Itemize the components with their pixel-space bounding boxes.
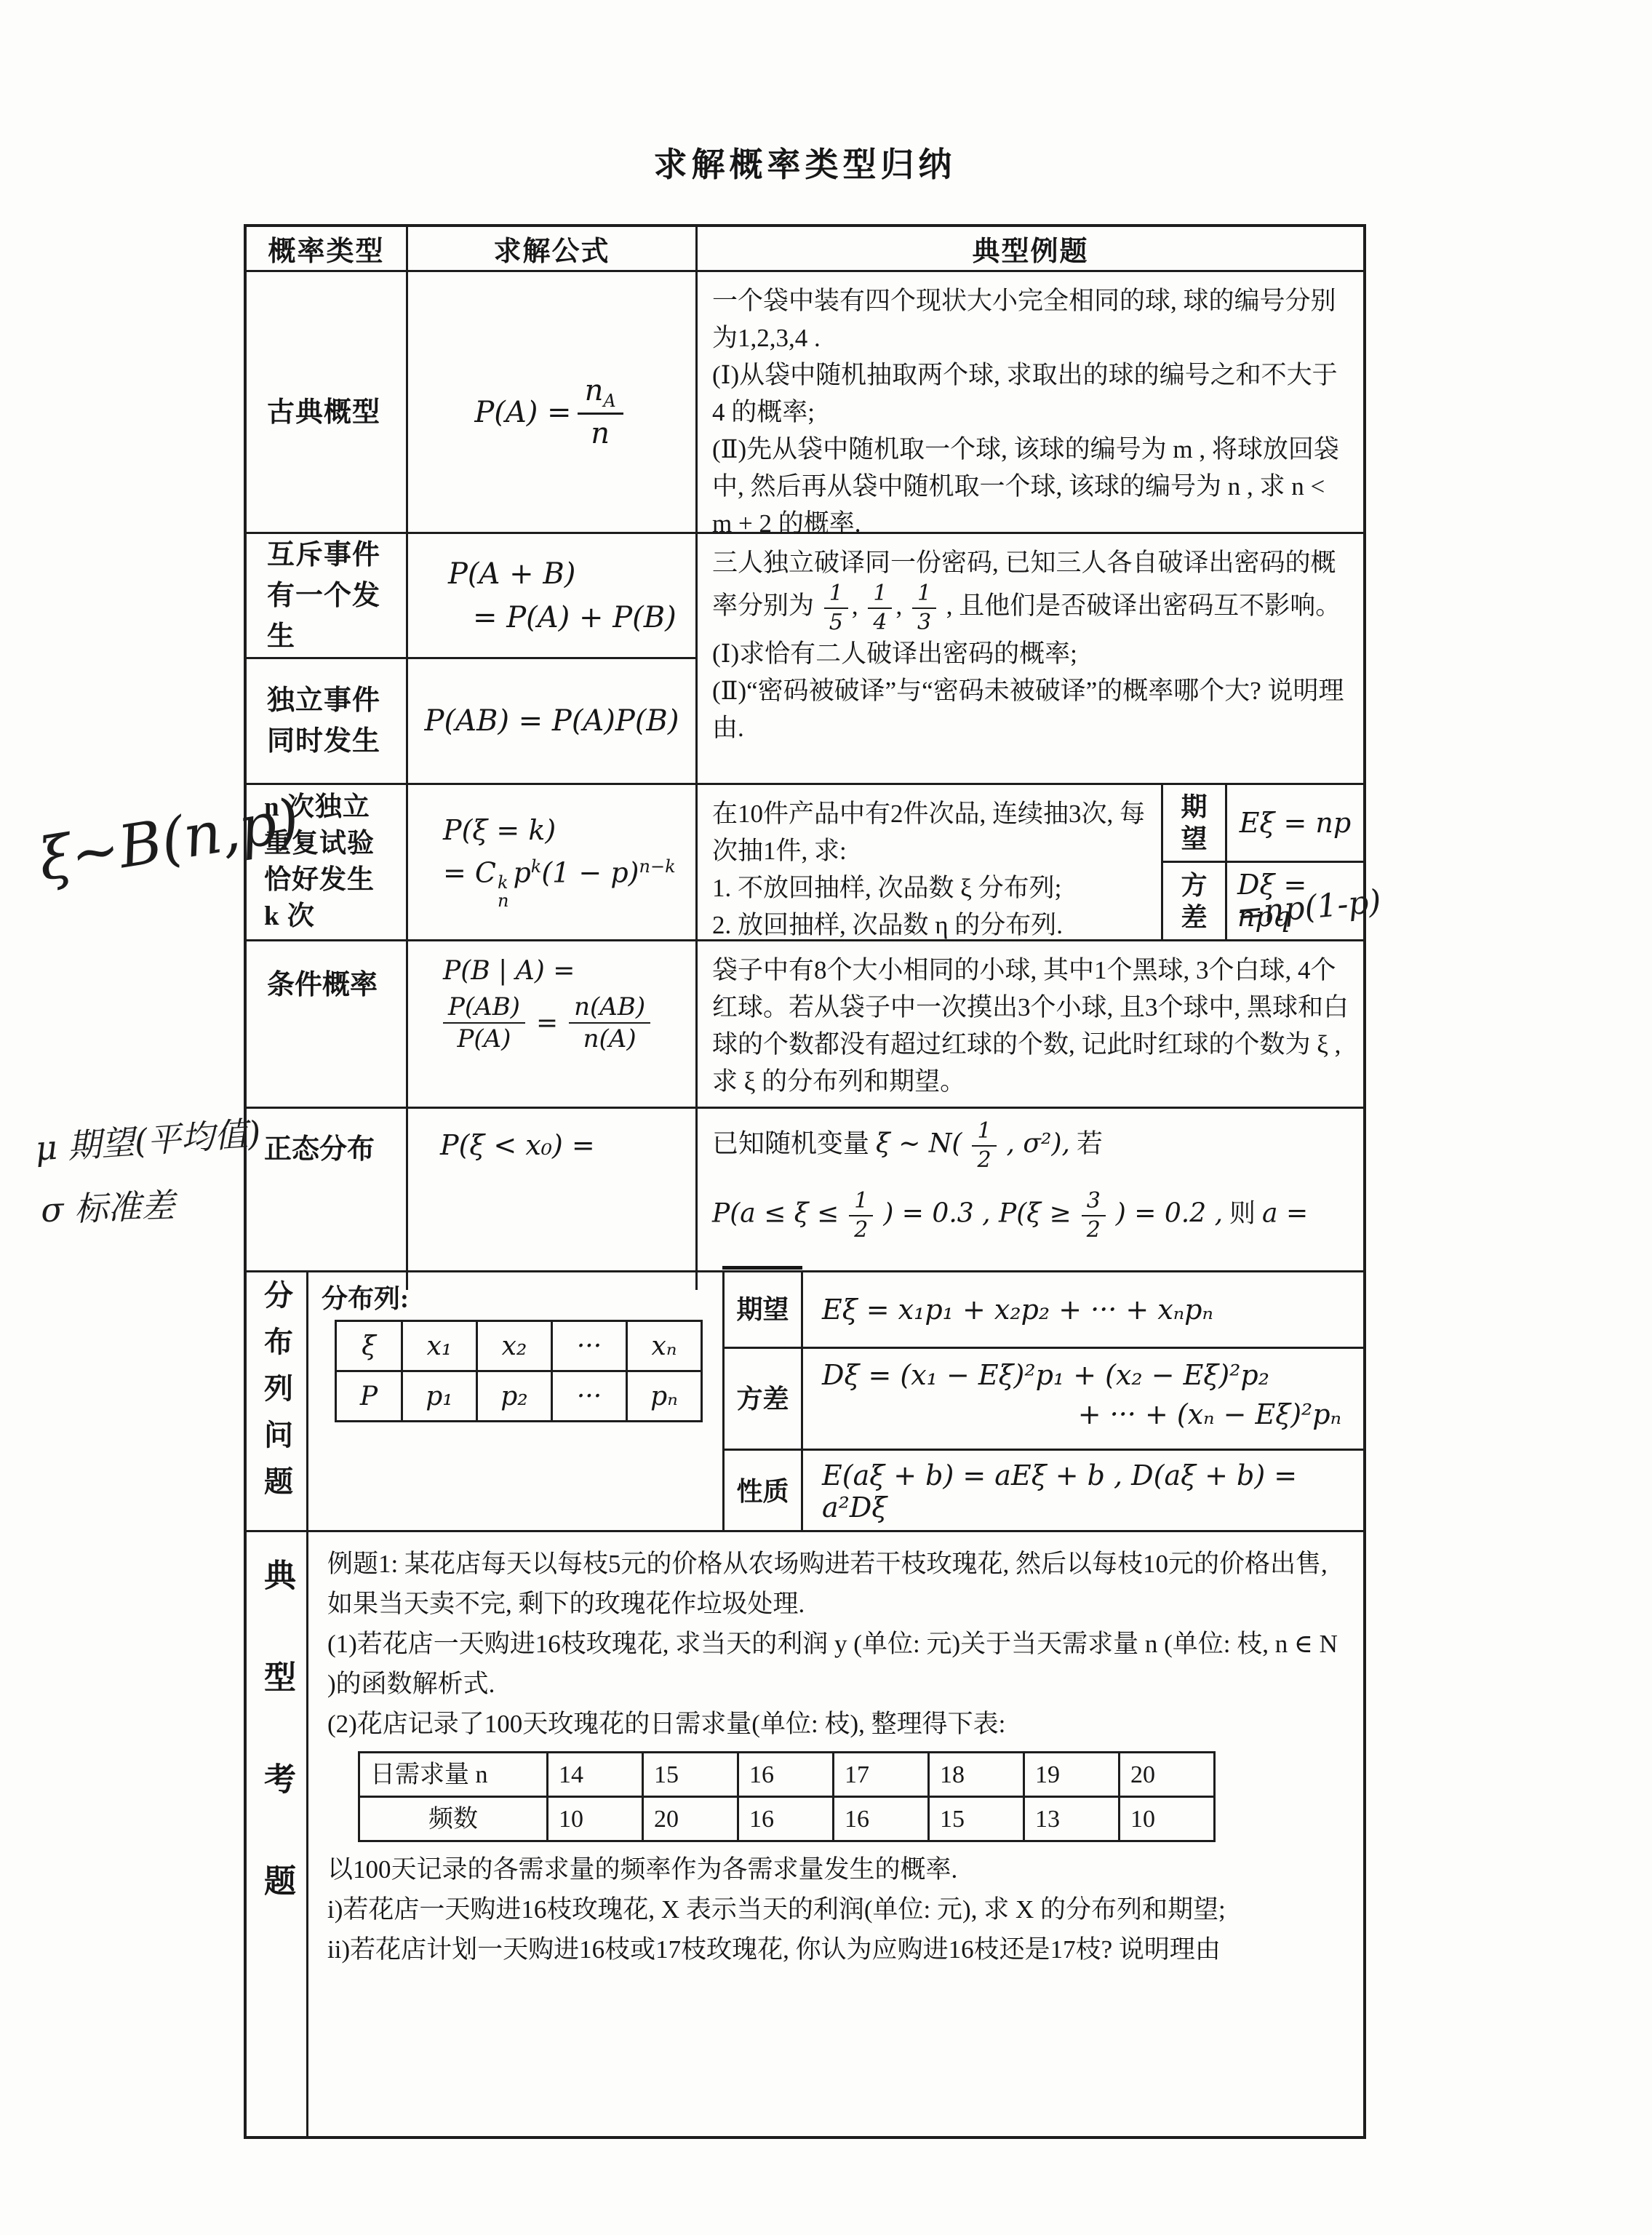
fraction: P(AB)P(A) <box>443 993 525 1053</box>
formula-expectation: Eξ = x₁p₁ + x₂p₂ + ··· + xₙpₙ <box>803 1272 1363 1349</box>
table-row: 日需求量 n 14 15 16 17 18 19 20 <box>359 1753 1215 1797</box>
row-distribution: 分布列问题 分布列: ξ x₁ x₂ ··· xₙ P p₁ p₂ <box>247 1272 1363 1532</box>
example-classical: 一个袋中装有四个现状大小完全相同的球, 球的编号分别为1,2,3,4 . (Ⅰ)… <box>698 272 1363 552</box>
binom-coefficient-indices: kn <box>498 874 508 910</box>
label-properties: 性质 <box>725 1451 803 1532</box>
example-defectives: 在10件产品中有2件次品, 连续抽3次, 每次抽1件, 求: 1. 不放回抽样,… <box>698 785 1163 939</box>
label-variance: 方差 <box>1163 863 1227 939</box>
row-binomial: n 次独立重复试验恰好发生 k 次 P(ξ = k) = Cknpk(1 − p… <box>247 785 1363 941</box>
handwriting-mu-note: μ 期望(平均值) <box>33 1107 262 1170</box>
type-mutually-exclusive: 互斥事件有一个发生 <box>247 534 408 659</box>
page-title: 求解概率类型归纳 <box>244 138 1366 186</box>
formula-expectation-np: Eξ = np <box>1227 785 1363 863</box>
formula-independent: P(AB) = P(A)P(B) <box>408 659 698 783</box>
label-variance: 方差 <box>725 1349 803 1451</box>
distribution-mini-table: ξ x₁ x₂ ··· xₙ P p₁ p₂ ··· pₙ <box>335 1320 703 1422</box>
formula-binomial: P(ξ = k) = Cknpk(1 − p)n−k <box>408 785 698 939</box>
formula-conditional: P(B | A) = P(AB)P(A) = n(AB)n(A) <box>408 941 698 1110</box>
distribution-table-cell: 分布列: ξ x₁ x₂ ··· xₙ P p₁ p₂ ··· pₙ <box>308 1272 725 1532</box>
table-row: 频数 10 20 16 16 15 13 10 <box>359 1797 1215 1841</box>
type-independent: 独立事件同时发生 <box>247 659 408 783</box>
row-conditional: 条件概率 P(B | A) = P(AB)P(A) = n(AB)n(A) 袋子… <box>247 941 1363 1109</box>
example-codebreakers: 三人独立破译同一份密码, 已知三人各自破译出密码的概率分别为 15, 14, 1… <box>698 534 1363 783</box>
formula-properties: E(aξ + b) = aEξ + b , D(aξ + b) = a²Dξ <box>803 1451 1363 1532</box>
demand-table: 日需求量 n 14 15 16 17 18 19 20 频数 10 20 16 <box>358 1751 1216 1842</box>
example-balls-bag: 袋子中有8个大小相同的小球, 其中1个黑球, 3个白球, 4个红球。若从袋子中一… <box>698 941 1363 1110</box>
table-header-row: 概率类型 求解公式 典型例题 <box>247 227 1363 272</box>
fraction: n(AB)n(A) <box>569 993 650 1053</box>
rows-exclusive-independent: 互斥事件有一个发生 P(A + B) = P(A) + P(B) 三人独立破译同… <box>247 534 1363 785</box>
probability-summary-table: 概率类型 求解公式 典型例题 古典概型 P(A) = nA n 一个袋中装有四个… <box>244 224 1366 2139</box>
header-probability-type: 概率类型 <box>247 227 408 270</box>
fraction: 15 <box>824 581 848 635</box>
header-typical-example: 典型例题 <box>698 227 1363 270</box>
section-label-distribution: 分布列问题 <box>247 1272 308 1532</box>
formula-variance: Dξ = (x₁ − Eξ)²p₁ + (x₂ − Eξ)²p₂ + ··· +… <box>803 1349 1363 1451</box>
fraction: nA n <box>578 374 623 451</box>
example-normal: 已知随机变量 ξ ~ N( 12 , σ²), 若 P(a ≤ ξ ≤ 12 )… <box>698 1109 1363 1290</box>
formula-normal: P(ξ < x₀) = <box>408 1109 698 1290</box>
table-row: ξ x₁ x₂ ··· xₙ <box>336 1321 702 1371</box>
row-typical-question: 典型考题 例题1: 某花店每天以每枝5元的价格从农场购进若干枝玫瑰花, 然后以每… <box>247 1532 1363 2136</box>
typical-question-content: 例题1: 某花店每天以每枝5元的价格从农场购进若干枝玫瑰花, 然后以每枝10元的… <box>308 1532 1363 2136</box>
section-label-typical: 典型考题 <box>247 1532 308 2136</box>
type-classical: 古典概型 <box>247 272 408 552</box>
type-conditional: 条件概率 <box>247 941 408 1110</box>
formula-classical: P(A) = nA n <box>408 272 698 552</box>
row-classical: 古典概型 P(A) = nA n 一个袋中装有四个现状大小完全相同的球, 球的编… <box>247 272 1363 534</box>
fraction: 13 <box>912 581 936 635</box>
row-normal: 正态分布 P(ξ < x₀) = 已知随机变量 ξ ~ N( 12 , σ²),… <box>247 1109 1363 1272</box>
answer-blank <box>722 1262 802 1270</box>
label-expectation: 期望 <box>725 1272 803 1349</box>
header-solution-formula: 求解公式 <box>408 227 698 270</box>
distribution-table-title: 分布列: <box>322 1278 722 1315</box>
fraction: 12 <box>849 1189 873 1243</box>
formula-mutually-exclusive: P(A + B) = P(A) + P(B) <box>408 534 698 659</box>
fraction: 12 <box>972 1119 996 1173</box>
document-page: 求解概率类型归纳 ξ~B(n,p) μ 期望(平均值) σ 标准差 =np(1-… <box>0 0 1652 2235</box>
handwriting-sigma-note: σ 标准差 <box>40 1179 175 1232</box>
label-expectation: 期望 <box>1163 785 1227 863</box>
fraction: 32 <box>1082 1189 1106 1243</box>
type-normal: 正态分布 <box>247 1109 408 1290</box>
table-row: P p₁ p₂ ··· pₙ <box>336 1371 702 1422</box>
fraction: 14 <box>868 581 892 635</box>
